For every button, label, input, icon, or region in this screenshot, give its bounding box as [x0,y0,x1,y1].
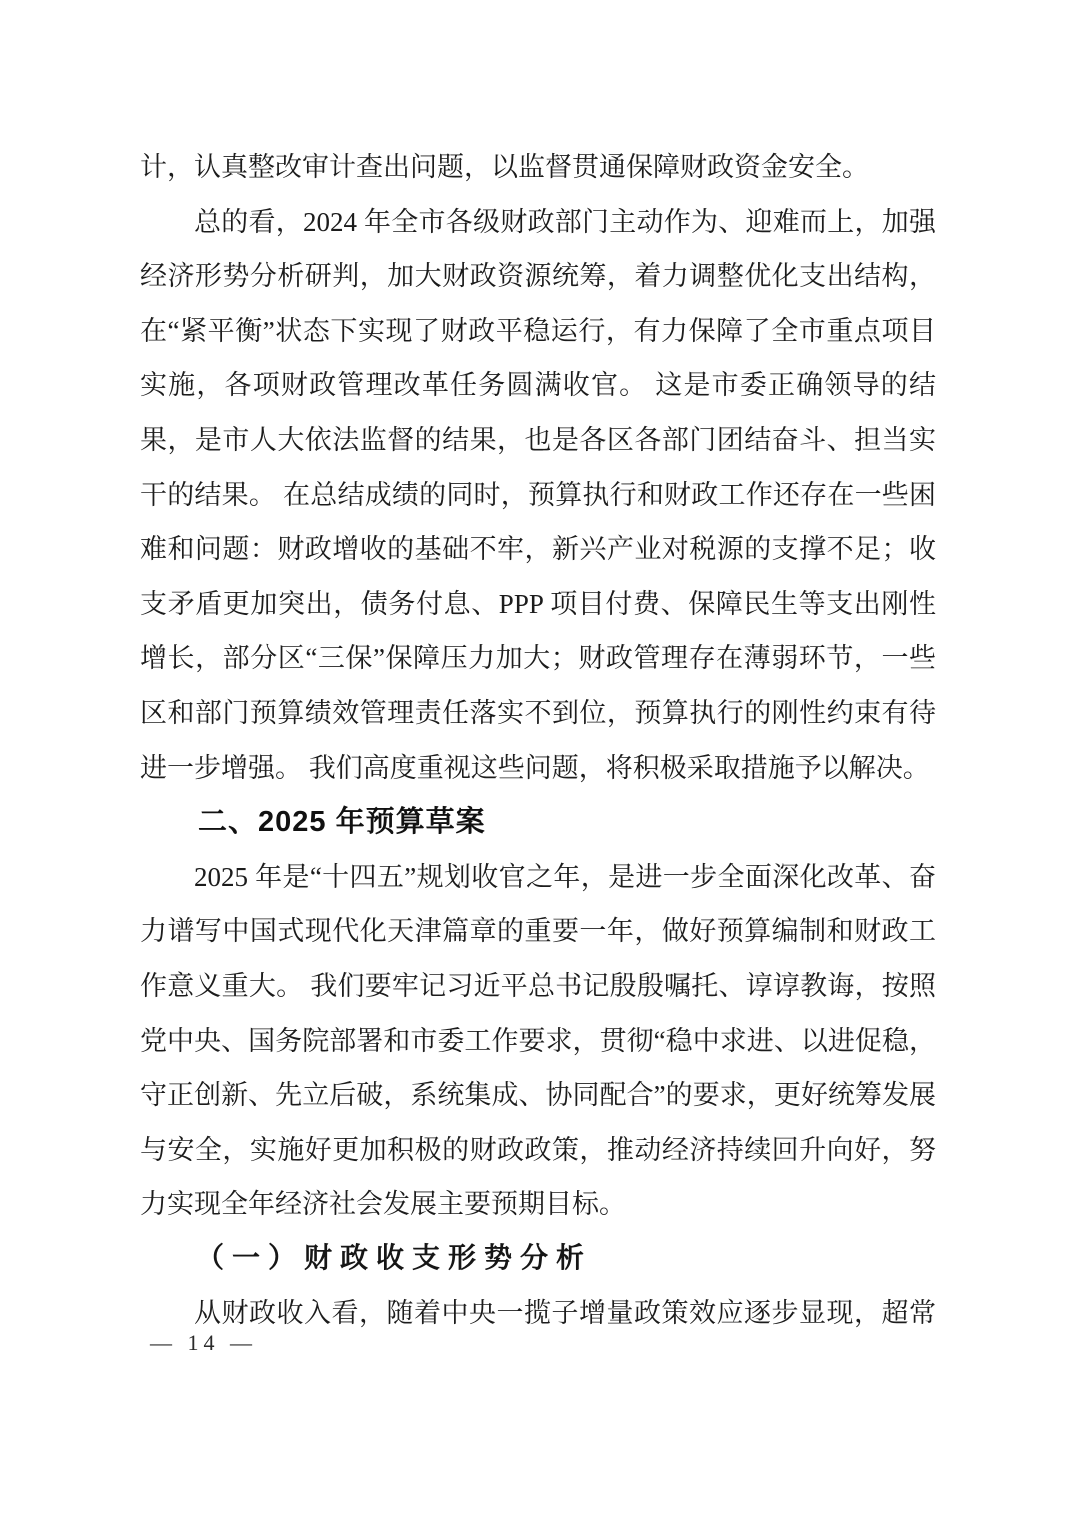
document-body: 计，认真整改审计查出问题，以监督贯通保障财政资金安全。 总的看，2024 年全市… [140,140,936,1341]
paragraph-summary-2024: 总的看，2024 年全市各级财政部门主动作为、迎难而上，加强经济形势分析研判，加… [140,195,936,796]
document-page: 计，认真整改审计查出问题，以监督贯通保障财政资金安全。 总的看，2024 年全市… [0,0,1074,1520]
paragraph-revenue-opening: 从财政收入看，随着中央一揽子增量政策效应逐步显现，超常 [140,1286,936,1341]
paragraph-continuation: 计，认真整改审计查出问题，以监督贯通保障财政资金安全。 [140,140,936,195]
section-heading-2025-budget-draft: 二、2025 年预算草案 [140,795,936,850]
paragraph-2025-outlook: 2025 年是“十四五”规划收官之年，是进一步全面深化改革、奋力谱写中国式现代化… [140,850,936,1232]
subsection-heading-revenue-expenditure-analysis: （一）财政收支形势分析 [140,1232,936,1287]
page-number: — 14 — [150,1330,257,1356]
